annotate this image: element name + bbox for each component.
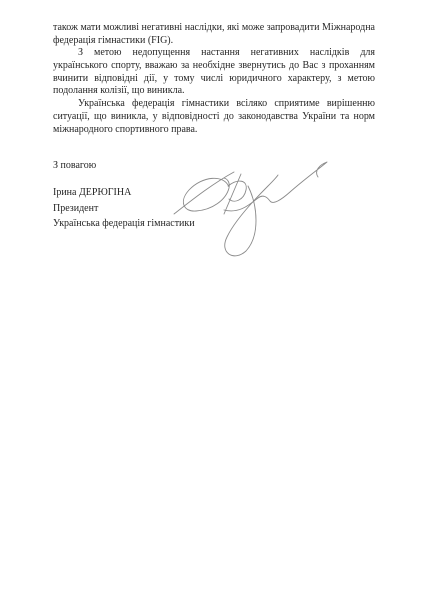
signature-stroke <box>224 162 327 211</box>
signature-stroke <box>225 175 278 256</box>
body-line: ситуації, що виникла, у відповідності до… <box>53 111 375 124</box>
body-line: вчинити відповідні дії, у тому числі юри… <box>53 73 375 86</box>
letter-page: також мати можливі негативні наслідки, я… <box>0 0 428 605</box>
letter-body: також мати можливі негативні наслідки, я… <box>53 22 375 136</box>
signatory-org: Українська федерація гімнастики <box>53 216 195 232</box>
body-line: також мати можливі негативні наслідки, я… <box>53 22 375 35</box>
body-line: подолання колізії, що виникла. <box>53 85 375 98</box>
signature-stroke <box>224 174 246 214</box>
closing-salutation: З повагою <box>53 159 96 172</box>
body-line: українського спорту, вважаю за необхідне… <box>53 60 375 73</box>
signatory-name: Ірина ДЕРЮГІНА <box>53 185 195 201</box>
body-line: З метою недопущення настання негативних … <box>53 47 375 60</box>
signatory-title: Президент <box>53 201 195 217</box>
body-line: Українська федерація гімнастики всіляко … <box>53 98 375 111</box>
body-line: федерація гімнастики (FIG). <box>53 35 375 48</box>
signature-block: Ірина ДЕРЮГІНА Президент Українська феде… <box>53 185 195 232</box>
body-line: міжнародного спортивного права. <box>53 124 375 137</box>
